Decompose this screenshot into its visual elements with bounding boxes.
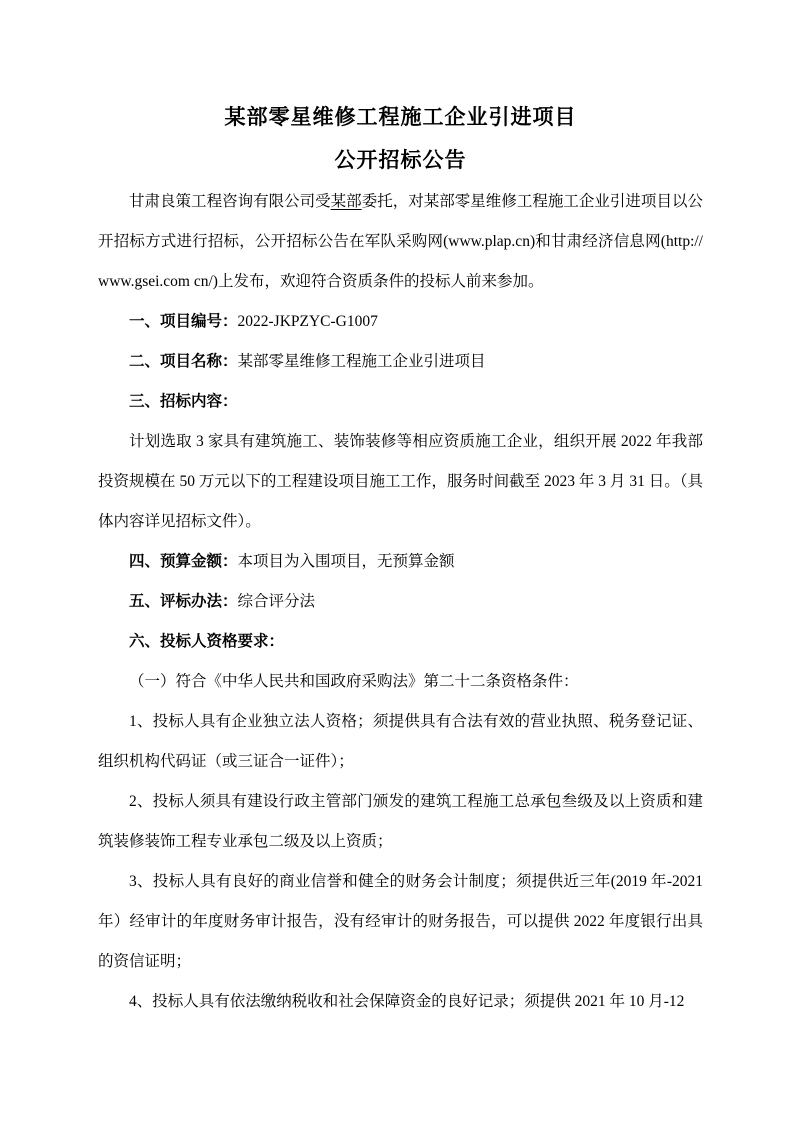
item-project-name: 二、项目名称：某部零星维修工程施工企业引进项目 <box>98 342 703 382</box>
intro-text-before: 甘肃良策工程咨询有限公司受 <box>129 193 331 210</box>
item-project-name-value: 某部零星维修工程施工企业引进项目 <box>238 353 486 370</box>
document-subtitle: 公开招标公告 <box>98 139 703 182</box>
item-bidder-qualification-label: 六、投标人资格要求： <box>129 633 284 650</box>
intro-paragraph: 甘肃良策工程咨询有限公司受某部委托，对某部零星维修工程施工企业引进项目以公开招标… <box>98 182 703 302</box>
requirement-3: 3、投标人具有良好的商业信誉和健全的财务会计制度；须提供近三年(2019 年-2… <box>98 862 703 982</box>
item-budget-label: 四、预算金额： <box>129 553 238 570</box>
item-evaluation-method: 五、评标办法：综合评分法 <box>98 582 703 622</box>
item-evaluation-method-value: 综合评分法 <box>238 593 316 610</box>
tender-announcement-page: 某部零星维修工程施工企业引进项目 公开招标公告 甘肃良策工程咨询有限公司受某部委… <box>0 0 793 1122</box>
document-title: 某部零星维修工程施工企业引进项目 <box>98 96 703 139</box>
item-bidder-qualification-heading: 六、投标人资格要求： <box>98 622 703 662</box>
requirement-4: 4、投标人具有依法缴纳税收和社会保障资金的良好记录；须提供 2021 年 10 … <box>98 982 703 1022</box>
item-project-number: 一、项目编号：2022-JKPZYC-G1007 <box>98 302 703 342</box>
intro-underlined-entity: 某部 <box>331 193 362 210</box>
qualification-intro: （一）符合《中华人民共和国政府采购法》第二十二条资格条件： <box>98 662 703 702</box>
item-project-name-label: 二、项目名称： <box>129 353 238 370</box>
item-tender-content-label: 三、招标内容： <box>129 393 238 410</box>
item-project-number-value: 2022-JKPZYC-G1007 <box>238 313 378 330</box>
item-tender-content-heading: 三、招标内容： <box>98 382 703 422</box>
requirement-1: 1、投标人具有企业独立法人资格；须提供具有合法有效的营业执照、税务登记证、组织机… <box>98 702 703 782</box>
requirement-2: 2、投标人须具有建设行政主管部门颁发的建筑工程施工总承包叁级及以上资质和建筑装修… <box>98 782 703 862</box>
item-budget: 四、预算金额：本项目为入围项目，无预算金额 <box>98 542 703 582</box>
item-budget-value: 本项目为入围项目，无预算金额 <box>238 553 455 570</box>
item-project-number-label: 一、项目编号： <box>129 313 238 330</box>
tender-content-body: 计划选取 3 家具有建筑施工、装饰装修等相应资质施工企业，组织开展 2022 年… <box>98 422 703 542</box>
item-evaluation-method-label: 五、评标办法： <box>129 593 238 610</box>
